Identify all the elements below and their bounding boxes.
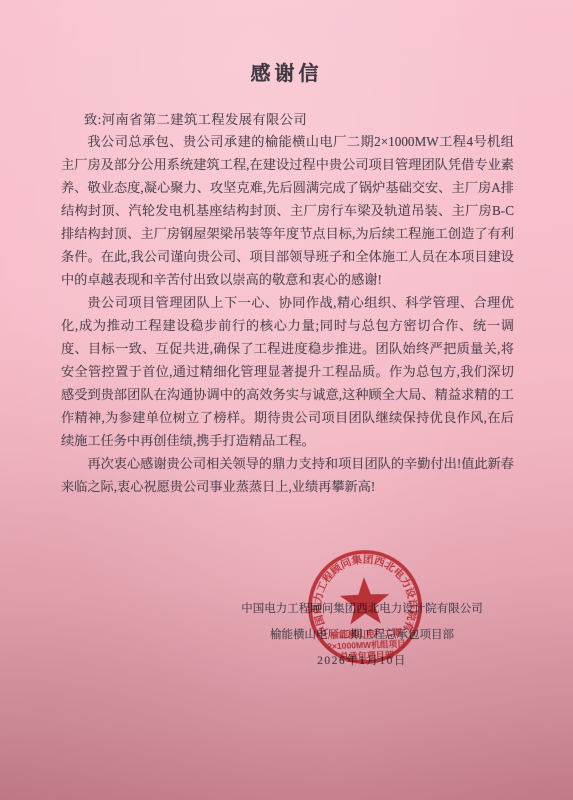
letter-title: 感谢信 — [0, 57, 573, 86]
paragraph-1: 我公司总承包、贵公司承建的榆能横山电厂二期2×1000MW工程4号机组主厂房及部… — [61, 130, 514, 291]
company-seal-icon: 中国电力工程顾问集团西北电力设计院有限公司 榆能横山电厂二期 2×1000MW机… — [304, 546, 426, 668]
addressee-line: 致:河南省第二建筑工程发展有限公司 — [84, 109, 307, 128]
letter-body: 我公司总承包、贵公司承建的榆能横山电厂二期2×1000MW工程4号机组主厂房及部… — [61, 130, 514, 498]
seal-star-icon — [339, 576, 390, 625]
seal-line-3: 总承包项目部 — [340, 649, 394, 662]
paragraph-2: 贵公司项目管理团队上下一心、协同作战,精心组织、科学管理、合理优化,成为推动工程… — [61, 291, 514, 452]
letter-photo: 感谢信 致:河南省第二建筑工程发展有限公司 我公司总承包、贵公司承建的榆能横山电… — [0, 0, 573, 800]
paragraph-3: 再次衷心感谢贵公司相关领导的鼎力支持和项目团队的辛勤付出!值此新春来临之际,衷心… — [61, 452, 514, 498]
